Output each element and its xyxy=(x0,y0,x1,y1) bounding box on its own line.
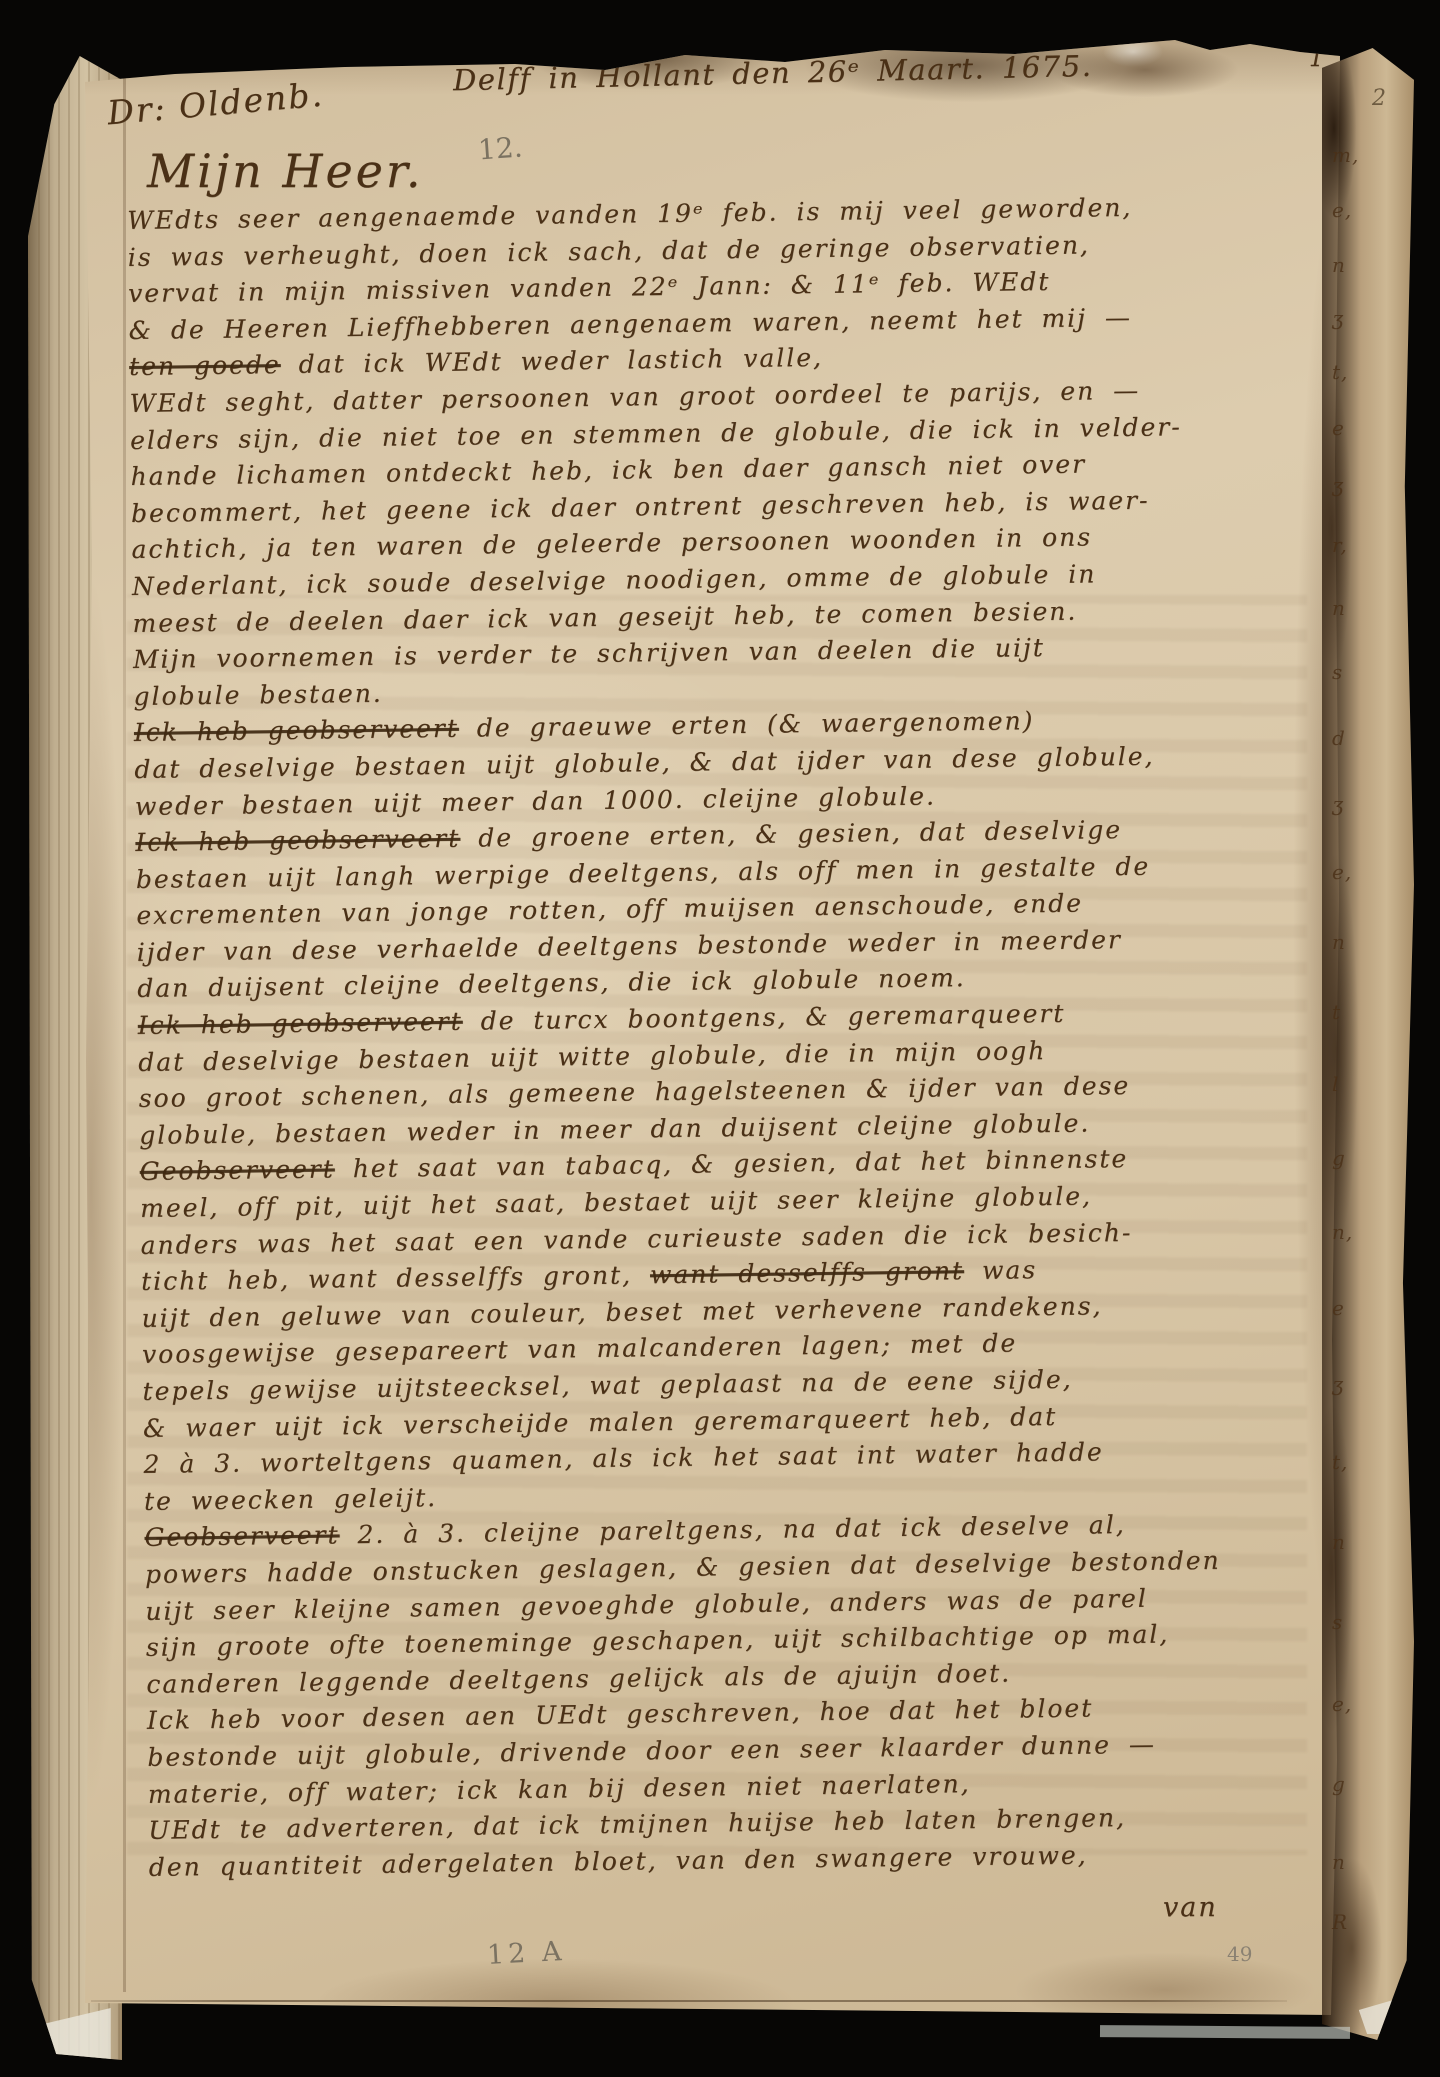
line-text: weder bestaen uijt meer dan 1000. cleijn… xyxy=(135,781,936,820)
line-text: canderen leggende deeltgens gelijck als … xyxy=(146,1658,1011,1698)
edge-text-fragment: ʒ xyxy=(1332,1372,1344,1396)
edge-text-fragment: n xyxy=(1332,253,1346,277)
edge-text-fragment: t, xyxy=(1332,1450,1348,1474)
struck-text: want desselffs gront xyxy=(650,1256,964,1289)
edge-text-fragment: t, xyxy=(1332,360,1348,384)
line-text: de turcx boontgens, & geremarqueert xyxy=(463,999,1066,1036)
edge-text-fragment: ʒ xyxy=(1332,792,1344,816)
line-text: 2. à 3. cleijne pareltgens, na dat ick d… xyxy=(339,1510,1125,1549)
struck-text: ten goede xyxy=(129,350,281,381)
edge-text-fragment: n xyxy=(1332,930,1346,954)
edge-text-fragment: e, xyxy=(1332,198,1352,222)
line-text: materie, off water; ick kan bij desen ni… xyxy=(148,1769,971,1809)
archival-number-pencil: 12. xyxy=(477,130,524,166)
line-text: ticht heb, want desselffs gront, xyxy=(141,1260,650,1296)
edge-text-fragment: e, xyxy=(1332,1692,1352,1716)
edge-text-fragment: e xyxy=(1332,416,1345,440)
edge-text-fragment: e, xyxy=(1332,860,1352,884)
line-text: was xyxy=(964,1255,1037,1285)
next-page-number: 2 xyxy=(1372,86,1386,111)
line-text: te weecken geleijt. xyxy=(144,1483,437,1516)
struck-text: Ick heb geobserveert xyxy=(138,1007,463,1040)
edge-text-fragment: n xyxy=(1332,1850,1346,1874)
edge-text-fragment: g xyxy=(1332,1146,1346,1170)
dateline: Delff in Hollant den 26ᵉ Maart. 1675. xyxy=(453,49,1093,97)
bottom-edge-line xyxy=(91,2000,1287,2002)
edge-text-fragment: g xyxy=(1332,1772,1346,1796)
edge-text-fragment: ʒ xyxy=(1332,306,1344,330)
edge-text-fragment: ʒ xyxy=(1332,473,1344,497)
edge-text-fragment: t xyxy=(1332,1000,1341,1024)
struck-text: Geobserveert xyxy=(139,1155,334,1187)
folio-number: 1 xyxy=(1309,46,1324,72)
edge-text-fragment: r, xyxy=(1332,533,1348,557)
line-text: het saat van tabacq, & gesien, dat het b… xyxy=(335,1144,1129,1183)
struck-text: Ick heb geobserveert xyxy=(135,824,460,857)
letter-body: WEdts seer aengenaemde vanden 19ᵉ feb. i… xyxy=(127,187,1364,1886)
edge-text-fragment: d xyxy=(1332,726,1346,750)
line-text: de graeuwe erten (& waergenomen) xyxy=(459,706,1035,743)
edge-text-fragment: s xyxy=(1332,660,1343,684)
line-text: de groene erten, & gesien, dat deselvige xyxy=(460,815,1122,853)
struck-text: Geobserveert xyxy=(144,1521,339,1553)
page-crease xyxy=(123,72,126,1992)
edge-text-fragment: e xyxy=(1332,1296,1345,1320)
manuscript-page: Dr: Oldenb. Delff in Hollant den 26ᵉ Maa… xyxy=(85,40,1340,2015)
line-text: dat ick WEdt weder lastich valle, xyxy=(280,343,823,379)
salutation: Mijn Heer. xyxy=(147,144,423,198)
catchword: van xyxy=(1163,1892,1218,1923)
next-page-edge: 2 m,e,nʒt,eʒr,nsdʒe,ntlgn,eʒt,nse,gnR xyxy=(1322,48,1414,2040)
bottom-right-number-pencil: 49 xyxy=(1227,1942,1252,1966)
line-text: globule bestaen. xyxy=(133,678,383,710)
edge-text-fragment: R xyxy=(1332,1910,1348,1934)
scan-background: Dr: Oldenb. Delff in Hollant den 26ᵉ Maa… xyxy=(0,0,1440,2077)
torn-paper-fragment xyxy=(1359,1994,1414,2034)
edge-text-fragment: n xyxy=(1332,1530,1346,1554)
edge-text-fragment: s xyxy=(1332,1610,1343,1634)
edge-text-fragment: l xyxy=(1332,1072,1339,1096)
edge-text-fragment: m, xyxy=(1332,143,1359,167)
bottom-archival-number-pencil: 12 A xyxy=(486,1936,566,1971)
addressee-annotation: Dr: Oldenb. xyxy=(106,75,326,133)
edge-text-fragment: n xyxy=(1332,596,1346,620)
edge-text-fragment: n, xyxy=(1332,1220,1353,1244)
scan-backing-glint xyxy=(1100,2025,1350,2039)
struck-text: Ick heb geobserveert xyxy=(134,714,459,747)
line-text: dan duijsent cleijne deeltgens, die ick … xyxy=(137,964,966,1004)
